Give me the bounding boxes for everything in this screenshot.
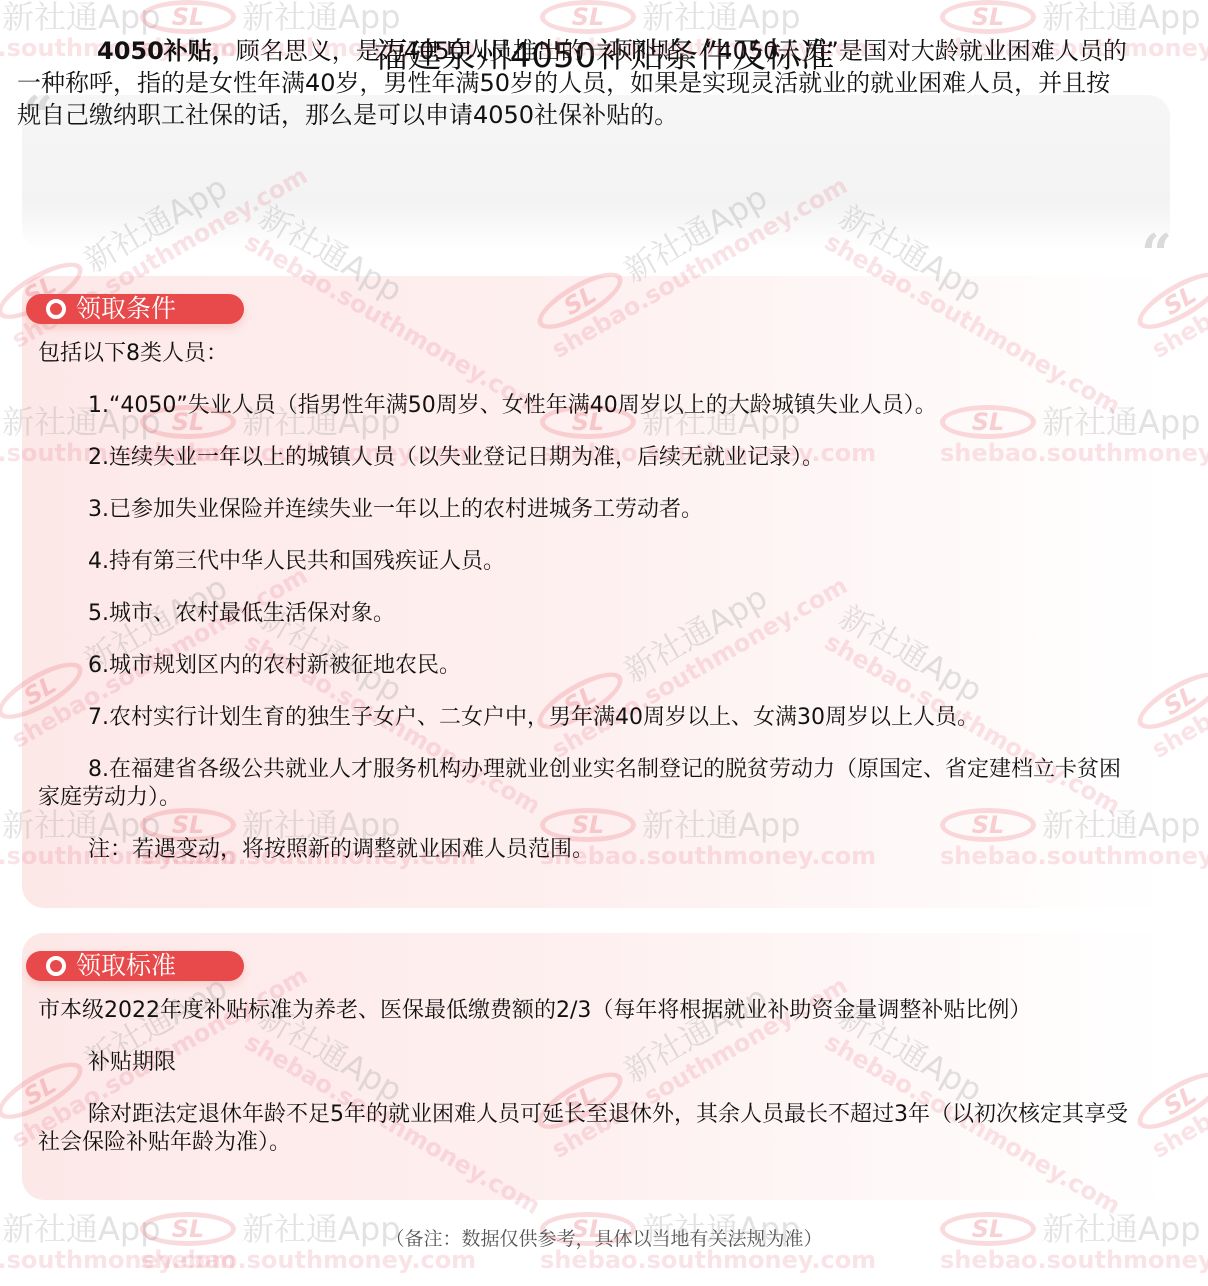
condition-item-8: 8.在福建省各级公共就业人才服务机构办理就业创业实名制登记的脱贫劳动力（原国定、… bbox=[38, 756, 1123, 812]
standards-header-label: 领取标准 bbox=[76, 951, 176, 981]
intro-bold-lead: 4050补贴， bbox=[97, 37, 236, 65]
conditions-note: 注：若遇变动，将按照新的调整就业困难人员范围。 bbox=[38, 836, 1138, 864]
condition-item-1: 1.“4050”失业人员（指男性年满50周岁、女性年满40周岁以上的大龄城镇失业… bbox=[38, 392, 1138, 420]
ring-icon bbox=[46, 956, 66, 976]
footer-note: （备注：数据仅供参考，具体以当地有关法规为准） bbox=[0, 1224, 1208, 1251]
condition-item-4: 4.持有第三代中华人民共和国残疾证人员。 bbox=[38, 548, 1138, 576]
conditions-header: 领取条件 bbox=[26, 294, 244, 324]
period-text: 除对距法定退休年龄不足5年的就业困难人员可延长至退休外，其余人员最长不超过3年（… bbox=[38, 1101, 1128, 1157]
standards-header: 领取标准 bbox=[26, 951, 244, 981]
condition-item-5: 5.城市、农村最低生活保对象。 bbox=[38, 600, 1138, 628]
intro-paragraph: 4050补贴，顾名思义，是为4050人员推出的一项补贴。“4050人员”是国对大… bbox=[17, 35, 1132, 131]
condition-item-6: 6.城市规划区内的农村新被征地农民。 bbox=[38, 652, 1138, 680]
condition-item-3: 3.已参加失业保险并连续失业一年以上的农村进城务工劳动者。 bbox=[38, 496, 1138, 524]
conditions-lead: 包括以下8类人员： bbox=[38, 340, 1138, 368]
condition-item-7: 7.农村实行计划生育的独生子女户、二女户中，男年满40周岁以上、女满30周岁以上… bbox=[38, 704, 1138, 732]
condition-item-2: 2.连续失业一年以上的城镇人员（以失业登记日期为准，后续无就业记录）。 bbox=[38, 444, 1138, 472]
close-quote-icon: “ bbox=[1141, 227, 1172, 281]
period-label: 补贴期限 bbox=[38, 1049, 1138, 1077]
conditions-card bbox=[22, 276, 1172, 908]
ring-icon bbox=[46, 299, 66, 319]
standard-text: 市本级2022年度补贴标准为养老、医保最低缴费额的2/3（每年将根据就业补助资金… bbox=[38, 997, 1138, 1025]
conditions-header-label: 领取条件 bbox=[76, 294, 176, 324]
